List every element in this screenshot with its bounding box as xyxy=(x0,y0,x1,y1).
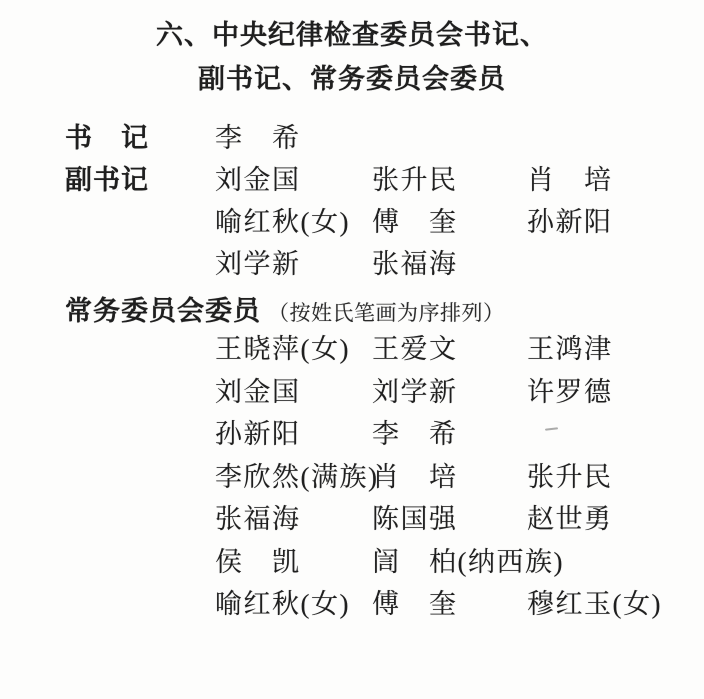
name-cell: 张升民 xyxy=(527,460,704,494)
name-cell: 肖 培 xyxy=(527,163,704,197)
name-cell: 肖 培 xyxy=(372,460,527,494)
document-body: 书 记 李 希 副书记 刘金国 张升民 肖 培 喻红秋(女) 傅 奎 孙新阳 刘… xyxy=(0,121,704,630)
document-title-line-2: 副书记、常务委员会委员 xyxy=(0,57,704,101)
name-cell: 王爱文 xyxy=(372,332,527,366)
name-cell: 李 希 xyxy=(372,417,527,451)
standing-committee-list: 王晓萍(女) 王爱文 王鸿津 刘金国 刘学新 许罗德 孙新阳 李 希 李欣然(满… xyxy=(0,332,704,630)
name-cell: 刘金国 xyxy=(215,163,372,197)
document-title-line-1: 六、中央纪律检查委员会书记、 xyxy=(0,13,704,57)
deputy-label: 副书记 xyxy=(65,163,215,197)
name-cell: 刘金国 xyxy=(215,375,372,409)
scanned-document-page: 六、中央纪律检查委员会书记、 副书记、常务委员会委员 书 记 李 希 副书记 刘… xyxy=(0,0,704,699)
deputy-row: 刘学新 张福海 xyxy=(65,247,704,289)
member-row: 李欣然(满族) 肖 培 张升民 xyxy=(65,460,704,503)
name-cell: 訚 柏(纳西族) xyxy=(372,545,527,579)
name-cell: 孙新阳 xyxy=(215,417,372,451)
member-row: 侯 凯 訚 柏(纳西族) xyxy=(65,545,704,588)
name-cell: 穆红玉(女) xyxy=(527,587,704,621)
standing-committee-heading: 常务委员会委员 （按姓氏笔画为序排列） xyxy=(65,289,704,332)
name-cell: 刘学新 xyxy=(372,375,527,409)
name-cell: 张升民 xyxy=(372,163,527,197)
name-cell: 傅 奎 xyxy=(372,205,527,239)
document-title: 六、中央纪律检查委员会书记、 副书记、常务委员会委员 xyxy=(0,0,704,101)
deputy-section: 副书记 刘金国 张升民 肖 培 喻红秋(女) 傅 奎 孙新阳 刘学新 张福海 xyxy=(0,163,704,289)
name-cell: 侯 凯 xyxy=(215,545,372,579)
member-row: 王晓萍(女) 王爱文 王鸿津 xyxy=(65,332,704,375)
name-cell: 王晓萍(女) xyxy=(215,332,372,366)
name-cell: 刘学新 xyxy=(215,247,372,281)
secretary-row: 书 记 李 希 xyxy=(65,121,704,163)
deputy-row: 副书记 刘金国 张升民 肖 培 xyxy=(65,163,704,205)
secretary-label: 书 记 xyxy=(65,121,215,155)
deputy-row: 喻红秋(女) 傅 奎 孙新阳 xyxy=(65,205,704,247)
name-cell: 喻红秋(女) xyxy=(215,205,372,239)
name-cell: 喻红秋(女) xyxy=(215,587,372,621)
name-cell: 孙新阳 xyxy=(527,205,704,239)
member-row: 张福海 陈国强 赵世勇 xyxy=(65,502,704,545)
name-cell: 赵世勇 xyxy=(527,502,704,536)
name-cell: 傅 奎 xyxy=(372,587,527,621)
member-row: 刘金国 刘学新 许罗德 xyxy=(65,375,704,418)
name-cell: 李欣然(满族) xyxy=(215,460,372,494)
member-row: 喻红秋(女) 傅 奎 穆红玉(女) xyxy=(65,587,704,630)
name-cell: 许罗德 xyxy=(527,375,704,409)
standing-committee-sort-note: （按姓氏笔画为序排列） xyxy=(268,297,505,327)
name-cell: 陈国强 xyxy=(372,502,527,536)
standing-committee-label: 常务委员会委员 xyxy=(65,289,261,328)
name-cell: 张福海 xyxy=(215,502,372,536)
secretary-name: 李 希 xyxy=(215,121,372,155)
name-cell: 王鸿津 xyxy=(527,332,704,366)
member-row: 孙新阳 李 希 xyxy=(65,417,704,460)
name-cell: 张福海 xyxy=(372,247,527,281)
